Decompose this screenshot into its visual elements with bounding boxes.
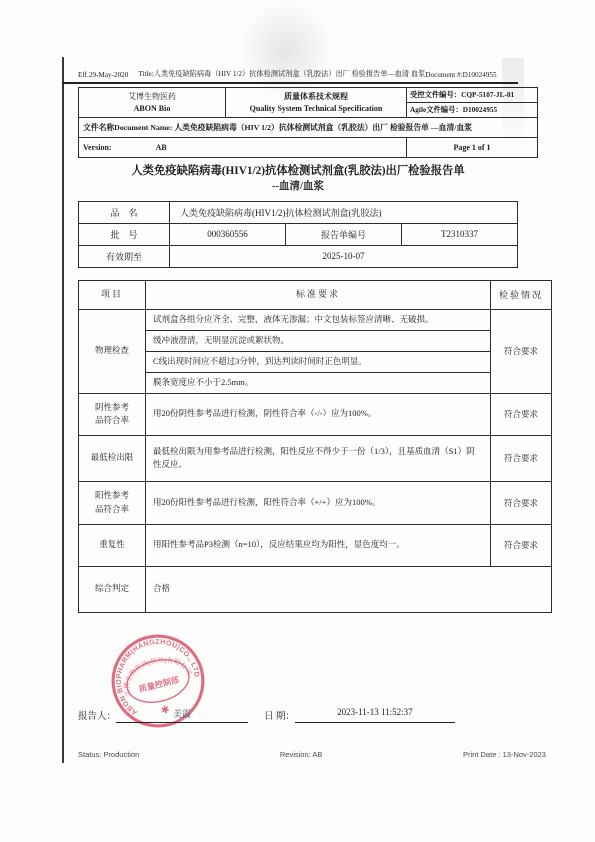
stamp-department-text: 质量控制部: [138, 674, 181, 694]
product-name-label: 品 名: [79, 201, 170, 223]
negative-ref-requirement: 用20份阴性参考品进行检测，阴性符合率（-/-）应为100%。: [146, 393, 491, 435]
page-info-cell: Page 1 of 1: [407, 138, 538, 158]
final-judgement-label: 综合判定: [79, 566, 146, 612]
signature-row: 报告人： 美霞 日 期： 2023-11-13 11:52:37: [78, 707, 518, 723]
print-date-text: Print Date : 13-Nov-2023: [463, 750, 546, 759]
document-number: Document #:D10024955: [425, 71, 496, 79]
expiry-label: 有效期至: [79, 245, 170, 267]
version-label: Version:: [83, 143, 112, 152]
document-title-line: Title:人类免疫缺陷病毒（HIV 1/2）抗体检测试剂盒（乳胶法）出厂 检验…: [138, 69, 425, 79]
requirements-table: 项目 标准要求 检验情况 物理检查 试剂盒各组分应齐全、完整，液体无渗漏；中文包…: [78, 280, 552, 613]
print-footer: Status: Production Revision: AB Print Da…: [78, 750, 546, 759]
physical-check-line: C线出现时间应不超过3分钟，到达判读时间时正色明显。: [146, 351, 491, 372]
table-row: 有效期至 2025-10-07: [79, 245, 518, 267]
expiry-value: 2025-10-07: [170, 245, 518, 267]
reporter-signature: 美霞: [116, 707, 248, 723]
repeatability-label: 重复性: [79, 524, 146, 566]
version-value: AB: [156, 143, 167, 152]
document-name-cell: 文件名称Document Name: 人类免疫缺陷病毒（HIV 1/2）抗体检测…: [79, 118, 538, 138]
lod-requirement: 最低检出限为用参考品进行检测，阳性反应不得少于一份（1/3），且基质血清（S1）…: [146, 435, 491, 481]
company-qc-stamp: ABON BIOPHARM(HANGZHOU)CO., LTD 艾博生物医药(杭…: [95, 618, 221, 744]
spec-title-en: Quality System Technical Specification: [230, 103, 402, 115]
scan-edge-artifact: [62, 57, 64, 763]
table-row: 最低检出限 最低检出限为用参考品进行检测，阳性反应不得少于一份（1/3），且基质…: [79, 435, 552, 481]
table-row: 项目 标准要求 检验情况: [79, 280, 552, 309]
document-content: Eff.29-May-2020 Title:人类免疫缺陷病毒（HIV 1/2）抗…: [78, 66, 518, 613]
positive-ref-requirement: 用20份阳性参考品进行检测，阳性符合率（+/+）应为100%。: [146, 481, 491, 524]
table-row: 批 号 000360556 报告单编号 T2310337: [79, 223, 518, 245]
physical-check-line: 缓冲液澄清，无明显沉淀或絮状物。: [146, 330, 491, 351]
table-row: 膜条宽度应不小于2.5mm。: [79, 372, 552, 393]
table-row: C线出现时间应不超过3分钟，到达判读时间时正色明显。: [79, 351, 552, 372]
status-text: Status: Production: [78, 750, 139, 759]
positive-ref-result: 符合要求: [491, 481, 552, 524]
table-row: 品 名 人类免疫缺陷病毒(HIV1/2)抗体检测试剂盒(乳胶法): [79, 201, 518, 223]
spec-cell: 质量体系技术规程 Quality System Technical Specif…: [226, 88, 407, 118]
version-cell: Version: AB: [79, 138, 407, 158]
table-row: 文件名称Document Name: 人类免疫缺陷病毒（HIV 1/2）抗体检测…: [79, 118, 538, 138]
column-header-requirement: 标准要求: [146, 280, 491, 309]
table-row: Version: AB Page 1 of 1: [79, 138, 538, 158]
header-table: 艾博生物医药 ABON Bio 质量体系技术规程 Quality System …: [78, 87, 538, 158]
company-cell: 艾博生物医药 ABON Bio: [79, 88, 226, 118]
company-name-en: ABON Bio: [83, 103, 221, 115]
date-label: 日 期：: [264, 708, 295, 723]
positive-ref-label: 阳性参考 品符合率: [79, 481, 146, 524]
table-row: 缓冲液澄清，无明显沉淀或絮状物。: [79, 330, 552, 351]
final-judgement-value: 合格: [146, 566, 552, 612]
report-no-value: T2310337: [402, 223, 518, 245]
product-info-table: 品 名 人类免疫缺陷病毒(HIV1/2)抗体检测试剂盒(乳胶法) 批 号 000…: [78, 201, 518, 268]
report-title: 人类免疫缺陷病毒(HIV1/2)抗体检测试剂盒(乳胶法)出厂检验报告单 --血清…: [78, 163, 518, 195]
column-header-item: 项目: [79, 280, 146, 309]
report-title-line1: 人类免疫缺陷病毒(HIV1/2)抗体检测试剂盒(乳胶法)出厂检验报告单: [78, 163, 518, 179]
column-header-result: 检验情况: [491, 280, 552, 309]
doc-number-cell: 受控文件编号：CQP-5107-JL-01 Agile文件编号：D1002495…: [407, 88, 538, 118]
repeatability-requirement: 用阳性参考品P3检测（n=10），反应结果应均为阳性，显色度均一。: [146, 524, 491, 566]
lod-result: 符合要求: [491, 435, 552, 481]
repeatability-result: 符合要求: [491, 524, 552, 566]
physical-check-line: 膜条宽度应不小于2.5mm。: [146, 372, 491, 393]
table-row: 重复性 用阳性参考品P3检测（n=10），反应结果应均为阳性，显色度均一。 符合…: [79, 524, 552, 566]
physical-check-label: 物理检查: [79, 309, 146, 393]
company-name-cn: 艾博生物医药: [83, 91, 221, 103]
agile-doc-number: Agile文件编号：D10024955: [407, 103, 537, 117]
table-row: 阳性参考 品符合率 用20份阳性参考品进行检测，阳性符合率（+/+）应为100%…: [79, 481, 552, 524]
stamp-seal-icon: ABON BIOPHARM(HANGZHOU)CO., LTD 艾博生物医药(杭…: [95, 618, 221, 744]
header-divider: [62, 82, 518, 84]
scanned-report-page: Eff.29-May-2020 Title:人类免疫缺陷病毒（HIV 1/2）抗…: [0, 0, 595, 842]
controlled-doc-number: 受控文件编号：CQP-5107-JL-01: [407, 88, 537, 103]
document-top-line: Eff.29-May-2020 Title:人类免疫缺陷病毒（HIV 1/2）抗…: [78, 66, 518, 79]
table-row: 阴性参考 品符合率 用20份阴性参考品进行检测，阴性符合率（-/-）应为100%…: [79, 393, 552, 435]
revision-text: Revision: AB: [280, 750, 323, 759]
report-date-value: 2023-11-13 11:52:37: [295, 707, 455, 723]
negative-ref-label: 阴性参考 品符合率: [79, 393, 146, 435]
report-no-label: 报告单编号: [286, 223, 402, 245]
reporter-label: 报告人：: [78, 708, 116, 723]
batch-value: 000360556: [170, 223, 286, 245]
batch-label: 批 号: [79, 223, 170, 245]
negative-ref-result: 符合要求: [491, 393, 552, 435]
product-name-value: 人类免疫缺陷病毒(HIV1/2)抗体检测试剂盒(乳胶法): [170, 201, 518, 223]
physical-check-line: 试剂盒各组分应齐全、完整，液体无渗漏；中文包装标签应清晰、无破损。: [146, 309, 491, 330]
table-row: 物理检查 试剂盒各组分应齐全、完整，液体无渗漏；中文包装标签应清晰、无破损。 符…: [79, 309, 552, 330]
table-row: 艾博生物医药 ABON Bio 质量体系技术规程 Quality System …: [79, 88, 538, 118]
table-row: 综合判定 合格: [79, 566, 552, 612]
physical-check-result: 符合要求: [491, 309, 552, 393]
lod-label: 最低检出限: [79, 435, 146, 481]
spec-title-cn: 质量体系技术规程: [230, 91, 402, 103]
effective-date: Eff.29-May-2020: [78, 71, 128, 79]
report-title-line2: --血清/血浆: [78, 179, 518, 194]
